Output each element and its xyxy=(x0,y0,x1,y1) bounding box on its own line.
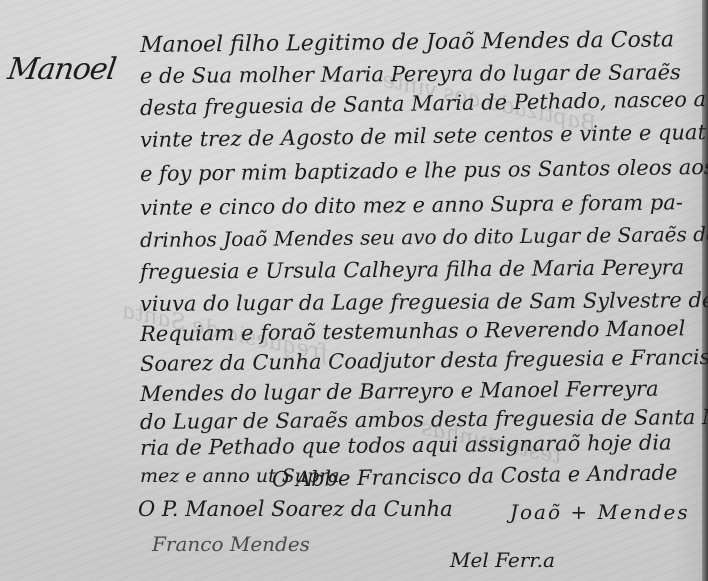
record-line: viuva do lugar da Lage freguesia de Sam … xyxy=(140,286,708,318)
signature-coadjutor: O P. Manoel Soarez da Cunha xyxy=(138,497,453,521)
record-line: desta freguesia de Santa Maria de Pethad… xyxy=(140,85,706,122)
margin-name: Manoel xyxy=(6,52,118,87)
signature-witness-1: Franco Mendes xyxy=(152,532,310,556)
record-line: ria de Pethado que todos aqui assignaraõ… xyxy=(140,428,672,462)
record-line: Requiam e foraõ testemunhas o Reverendo … xyxy=(140,314,686,348)
manuscript-page: Baptizado aos vinte freguesia de Santa t… xyxy=(0,0,708,581)
record-line: Soarez da Cunha Coadjutor desta freguesi… xyxy=(140,343,708,378)
record-line: e foy por mim baptizado e lhe pus os San… xyxy=(140,153,708,188)
record-line: e de Sua molher Maria Pereyra do lugar d… xyxy=(140,58,681,90)
record-line: vinte e cinco do dito mez e anno Supra e… xyxy=(140,188,683,222)
record-line: freguesia e Ursula Calheyra filha de Mar… xyxy=(140,253,684,286)
record-line: Mendes do lugar de Barreyro e Manoel Fer… xyxy=(140,375,659,408)
signature-godfather-mark: Joaõ + Mendes xyxy=(510,500,690,524)
record-line: drinhos Joaõ Mendes seu avo do dito Luga… xyxy=(140,220,708,254)
signature-witness-2: Mel Ferr.a xyxy=(450,548,555,572)
record-line: Manoel filho Legitimo de Joaõ Mendes da … xyxy=(140,26,674,60)
record-line: vinte trez de Agosto de mil sete centos … xyxy=(140,118,708,154)
